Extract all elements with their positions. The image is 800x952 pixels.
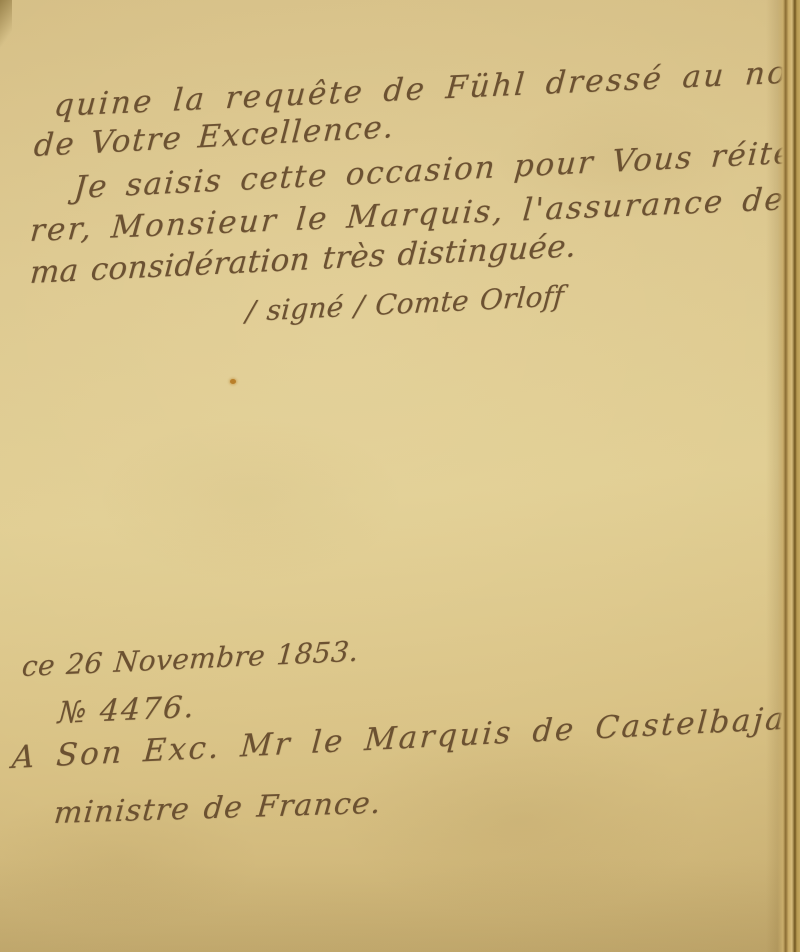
paper-speck: [230, 379, 236, 384]
document-number-line: № 4476.: [57, 690, 197, 731]
signature-line: / signé / Comte Orloff: [245, 279, 565, 328]
addressee-title-line: ministre de France.: [52, 786, 383, 831]
page-corner-shadow: [0, 0, 12, 58]
date-line: ce 26 Novembre 1853.: [21, 635, 360, 683]
letter-body-line: quine la requête de Fühl dressé au nom: [53, 53, 800, 124]
manuscript-page: quine la requête de Fühl dressé au nom d…: [0, 0, 800, 952]
